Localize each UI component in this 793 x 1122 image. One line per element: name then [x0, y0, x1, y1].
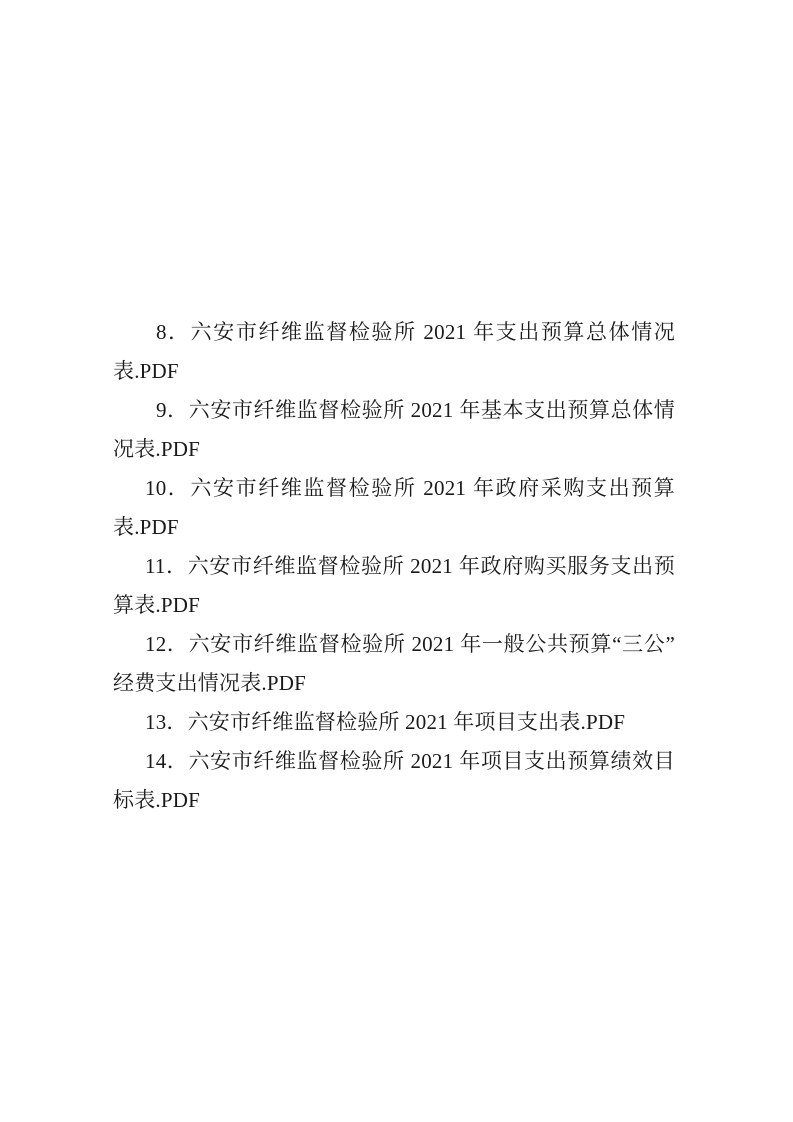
attachment-item-11-line-1: 11．六安市纤维监督检验所 2021 年政府购买服务支出预 [113, 547, 675, 586]
attachment-item-10-line-1: 10．六安市纤维监督检验所 2021 年政府采购支出预算 [113, 469, 675, 508]
attachment-item-14-line-2: 标表.PDF [113, 781, 675, 820]
attachment-item-14-line-1: 14．六安市纤维监督检验所 2021 年项目支出预算绩效目 [113, 742, 675, 781]
attachment-item-8-line-1: 8．六安市纤维监督检验所 2021 年支出预算总体情况 [113, 313, 675, 352]
attachment-item-12-line-1: 12．六安市纤维监督检验所 2021 年一般公共预算“三公” [113, 625, 675, 664]
document-page: 8．六安市纤维监督检验所 2021 年支出预算总体情况 表.PDF 9．六安市纤… [0, 0, 793, 1122]
attachment-item-9-line-1: 9．六安市纤维监督检验所 2021 年基本支出预算总体情 [113, 391, 675, 430]
attachment-item-8-line-2: 表.PDF [113, 352, 675, 391]
attachment-item-9-line-2: 况表.PDF [113, 430, 675, 469]
attachment-item-10-line-2: 表.PDF [113, 508, 675, 547]
attachment-item-13-line-1: 13．六安市纤维监督检验所 2021 年项目支出表.PDF [113, 703, 675, 742]
attachment-list: 8．六安市纤维监督检验所 2021 年支出预算总体情况 表.PDF 9．六安市纤… [113, 313, 675, 820]
attachment-item-11-line-2: 算表.PDF [113, 586, 675, 625]
attachment-item-12-line-2: 经费支出情况表.PDF [113, 664, 675, 703]
